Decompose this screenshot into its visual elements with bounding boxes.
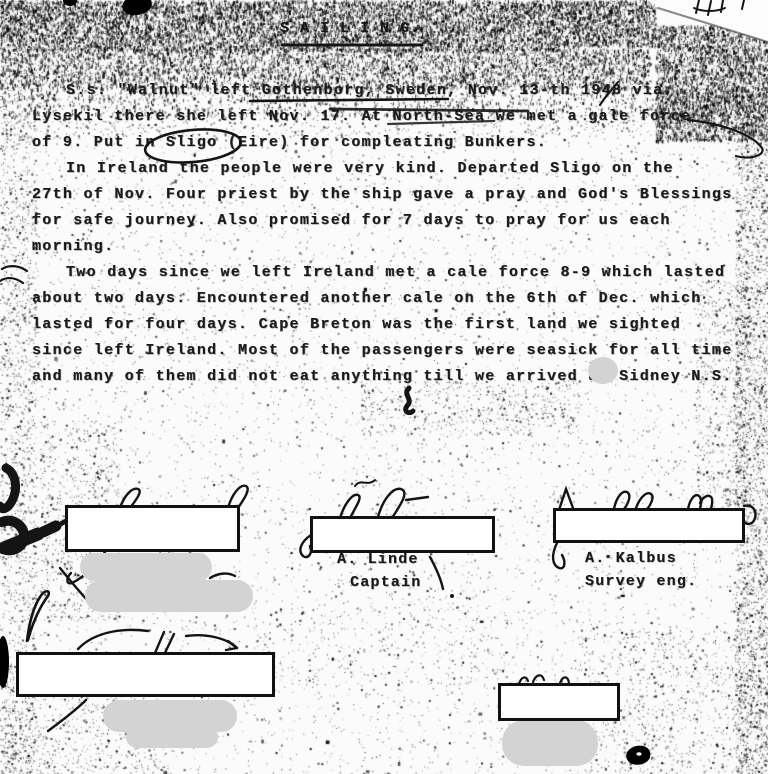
redaction-box-signature-left: [65, 505, 240, 552]
strike-north-sea: [388, 121, 494, 124]
margin-squiggle-2: [0, 278, 23, 283]
scanned-document-page: S A I L I N G. S.s. "Walnut" left Gothen…: [0, 0, 768, 774]
small-tilde-mark: [355, 480, 375, 486]
redaction-box-signature-right: [553, 508, 745, 543]
underline-sweden: [330, 109, 528, 111]
smudge-left-signature-2: [85, 580, 253, 612]
redaction-box-bottom-left: [16, 652, 275, 697]
pen-curve-right-margin: [688, 120, 763, 158]
ink-squiggle-mid: [406, 388, 413, 413]
smudge-left-signature-1: [80, 553, 212, 581]
underline-gothenborg: [250, 99, 448, 101]
redaction-box-signature-middle: [310, 516, 495, 553]
circle-around-sligo: [144, 126, 242, 166]
redaction-box-bottom-small: [498, 683, 620, 721]
smudge-bottom-left-2: [126, 726, 218, 748]
margin-squiggle-1: [2, 266, 27, 271]
pen-mark-via: [600, 82, 618, 105]
smudge-over-word-at: [588, 357, 618, 384]
smudge-bottom-small: [502, 720, 598, 766]
